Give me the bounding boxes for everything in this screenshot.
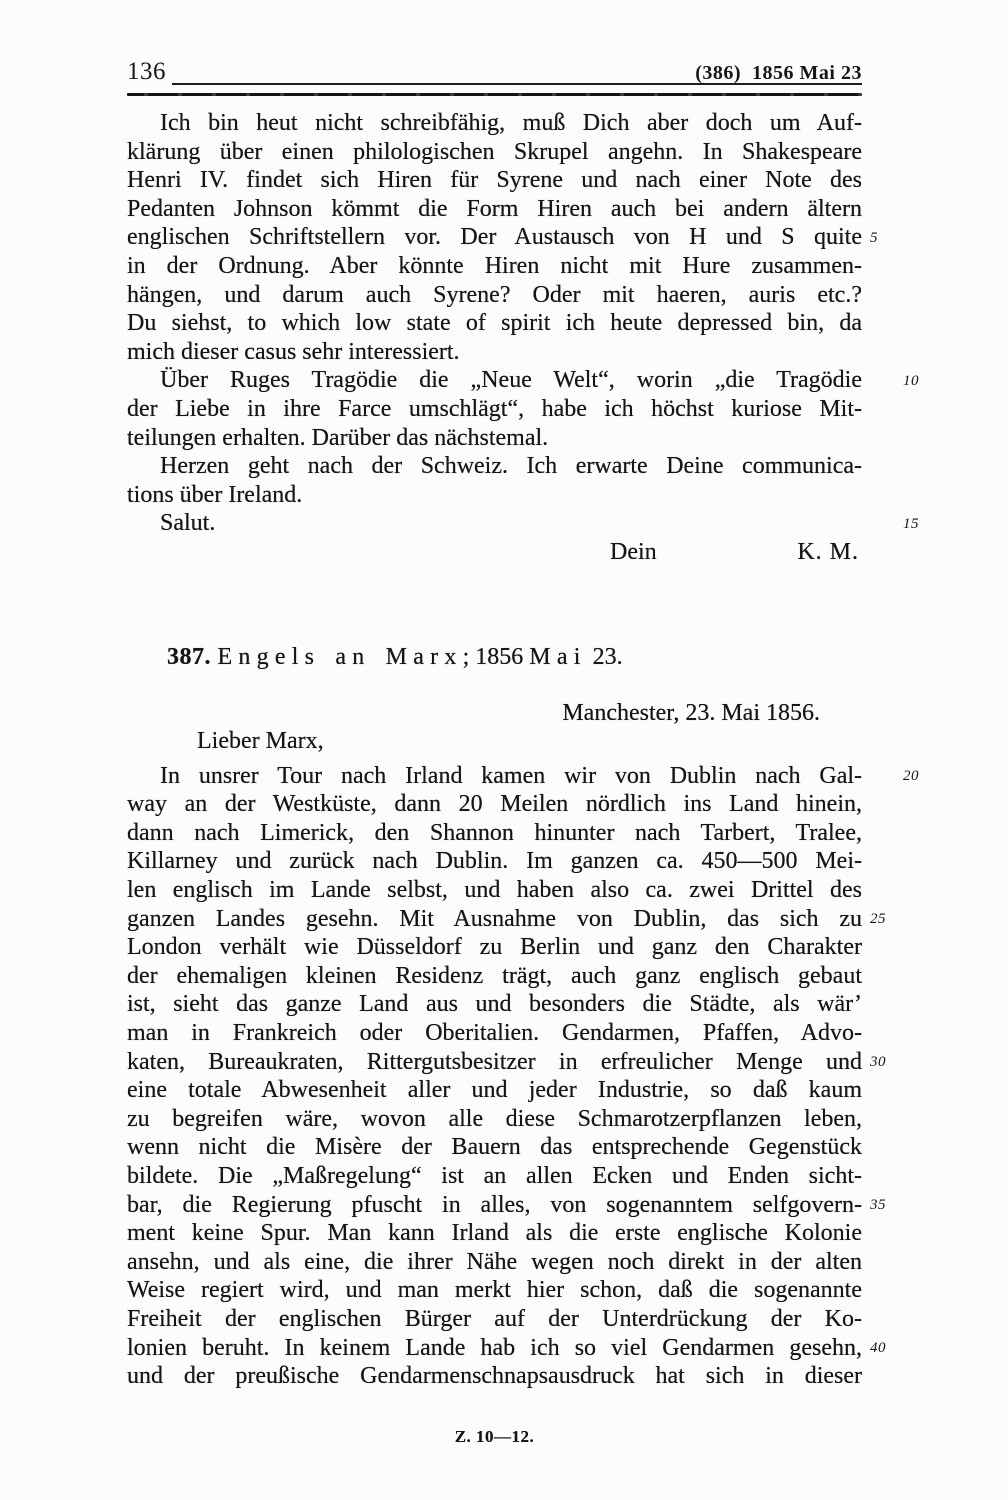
text-line-content: der ehemaligen kleinen Residenz trägt, a…: [127, 963, 862, 989]
text-line-content: bildete. Die „Maßregelung“ ist an allen …: [127, 1163, 862, 1189]
text-line-content: Killarney und zurück nach Dublin. Im gan…: [127, 848, 862, 874]
text-line-content: mich dieser casus sehr interessiert.: [127, 339, 460, 365]
text-line: Freiheit der englischen Bürger auf der U…: [127, 1305, 862, 1334]
apparatus-note: Z. 10—12.: [127, 1427, 862, 1447]
letter-386-body: Ich bin heut nicht schreibfähig, muß Dic…: [127, 109, 862, 567]
text-line: und der preußische Gendarmenschnapsausdr…: [127, 1362, 862, 1391]
letter-386-paragraph: Salut.15: [127, 509, 862, 538]
letter-387-paragraph: In unsrer Tour nach Irland kamen wir von…: [127, 762, 862, 1391]
text-line: Henri IV. findet sich Hiren für Syrene u…: [127, 166, 862, 195]
text-line: wenn nicht die Misère der Bauern das ent…: [127, 1133, 862, 1162]
text-line: zu begreifen wäre, wovon alle diese Schm…: [127, 1105, 862, 1134]
text-line: ment keine Spur. Man kann Irland als die…: [127, 1219, 862, 1248]
text-line-content: eine totale Abwesenheit aller und jeder …: [127, 1077, 862, 1103]
text-line: dann nach Limerick, den Shannon hinunter…: [127, 819, 862, 848]
text-line: Pedanten Johnson kömmt die Form Hiren au…: [127, 195, 862, 224]
margin-line-number: 40: [870, 1341, 886, 1356]
text-line: London verhält wie Düsseldorf zu Berlin …: [127, 933, 862, 962]
margin-line-number: 35: [870, 1198, 886, 1213]
heading-segment: Engels an Marx: [218, 644, 463, 670]
text-line-content: klärung über einen philologischen Skrupe…: [127, 139, 862, 165]
text-line: der Liebe in ihre Farce umschlägt“, habe…: [127, 395, 862, 424]
margin-line-number: 20: [870, 769, 919, 784]
text-line-content: man in Frankreich oder Oberitalien. Gend…: [127, 1020, 862, 1046]
text-line-content: ment keine Spur. Man kann Irland als die…: [127, 1220, 862, 1246]
text-line-content: In unsrer Tour nach Irland kamen wir von…: [160, 763, 862, 789]
text-line: Salut.15: [127, 509, 862, 538]
margin-line-number: 25: [870, 912, 886, 927]
text-line: katen, Bureaukraten, Rittergutsbesitzer …: [127, 1048, 862, 1077]
text-line-content: Pedanten Johnson kömmt die Form Hiren au…: [127, 196, 862, 222]
margin-line-number: 30: [870, 1055, 886, 1070]
text-line: klärung über einen philologischen Skrupe…: [127, 138, 862, 167]
text-line: lonien beruht. In keinem Lande hab ich s…: [127, 1334, 862, 1363]
text-line: englischen Schriftstellern vor. Der Aust…: [127, 223, 862, 252]
text-line: Du siehst, to which low state of spirit …: [127, 309, 862, 338]
signature-line: Dein K. M.: [127, 538, 862, 567]
text-line-content: in der Ordnung. Aber könnte Hiren nicht …: [127, 253, 862, 279]
text-line-content: wenn nicht die Misère der Bauern das ent…: [127, 1134, 862, 1160]
signature-initials: K. M.: [797, 538, 859, 567]
text-line: bar, die Regierung pfuscht in alles, von…: [127, 1191, 862, 1220]
running-head: 136 (386) 1856 Mai 23: [127, 58, 862, 88]
letter-386-paragraph: Herzen geht nach der Schweiz. Ich erwart…: [127, 452, 862, 509]
text-line: In unsrer Tour nach Irland kamen wir von…: [127, 762, 862, 791]
salutation: Lieber Marx,: [127, 727, 862, 756]
text-line: Weise regiert wird, und man merkt hier s…: [127, 1276, 862, 1305]
letter-387-heading: 387. Engels an Marx; 1856 Mai 23.: [127, 642, 862, 672]
text-line: ist, sieht das ganze Land aus und besond…: [127, 990, 862, 1019]
text-line: bildete. Die „Maßregelung“ ist an allen …: [127, 1162, 862, 1191]
text-line-content: teilungen erhalten. Darüber das nächstem…: [127, 425, 548, 451]
text-line: eine totale Abwesenheit aller und jeder …: [127, 1076, 862, 1105]
page-number: 136: [127, 58, 172, 86]
margin-line-number: 5: [870, 230, 878, 245]
margin-line-number: 15: [870, 516, 919, 531]
text-line-content: Salut.: [160, 510, 215, 536]
text-line: der ehemaligen kleinen Residenz trägt, a…: [127, 962, 862, 991]
letter-387-body: In unsrer Tour nach Irland kamen wir von…: [127, 762, 862, 1391]
text-line-content: Herzen geht nach der Schweiz. Ich erwart…: [160, 453, 862, 479]
text-block: 136 (386) 1856 Mai 23 Ich bin heut nicht…: [127, 0, 862, 1447]
margin-line-number: 10: [870, 373, 919, 388]
text-line-content: ist, sieht das ganze Land aus und besond…: [127, 991, 862, 1017]
text-line: man in Frankreich oder Oberitalien. Gend…: [127, 1019, 862, 1048]
text-line-content: Ich bin heut nicht schreibfähig, muß Dic…: [160, 110, 862, 136]
text-line-content: ganzen Landes gesehn. Mit Ausnahme von D…: [127, 906, 862, 932]
text-line-content: englischen Schriftstellern vor. Der Aust…: [127, 224, 862, 250]
text-line: teilungen erhalten. Darüber das nächstem…: [127, 424, 862, 453]
text-line-content: zu begreifen wäre, wovon alle diese Schm…: [127, 1106, 862, 1132]
heading-segment: 387.: [167, 644, 218, 670]
text-line-content: len englisch im Lande selbst, und haben …: [127, 877, 862, 903]
text-line-content: ansehn, und als eine, die ihrer Nähe weg…: [127, 1249, 862, 1275]
text-line: hängen, und darum auch Syrene? Oder mit …: [127, 281, 862, 310]
text-line: way an der Westküste, dann 20 Meilen nör…: [127, 790, 862, 819]
heading-segment: Mai: [529, 644, 586, 670]
text-line-content: katen, Bureaukraten, Rittergutsbesitzer …: [127, 1049, 862, 1075]
text-line: Über Ruges Tragödie die „Neue Welt“, wor…: [127, 366, 862, 395]
text-line-content: und der preußische Gendarmenschnapsausdr…: [127, 1363, 862, 1389]
text-line-content: lonien beruht. In keinem Lande hab ich s…: [127, 1335, 862, 1361]
text-line: len englisch im Lande selbst, und haben …: [127, 876, 862, 905]
header-rule: [127, 93, 862, 96]
text-line: mich dieser casus sehr interessiert.: [127, 338, 862, 367]
text-line: ansehn, und als eine, die ihrer Nähe weg…: [127, 1248, 862, 1277]
text-line-content: Über Ruges Tragödie die „Neue Welt“, wor…: [160, 367, 862, 393]
text-line: Killarney und zurück nach Dublin. Im gan…: [127, 847, 862, 876]
scanned-book-page: 136 (386) 1856 Mai 23 Ich bin heut nicht…: [0, 0, 1008, 1500]
text-line: Herzen geht nach der Schweiz. Ich erwart…: [127, 452, 862, 481]
heading-segment: 1856: [475, 644, 529, 670]
letter-386-paragraph: Über Ruges Tragödie die „Neue Welt“, wor…: [127, 366, 862, 452]
heading-segment: 23.: [587, 644, 623, 670]
text-line-content: Freiheit der englischen Bürger auf der U…: [127, 1306, 862, 1332]
running-title: (386) 1856 Mai 23: [695, 62, 862, 85]
letter-386-paragraph: Ich bin heut nicht schreibfähig, muß Dic…: [127, 109, 862, 366]
text-line: in der Ordnung. Aber könnte Hiren nicht …: [127, 252, 862, 281]
text-line-content: hängen, und darum auch Syrene? Oder mit …: [127, 282, 862, 308]
text-line-content: der Liebe in ihre Farce umschlägt“, habe…: [127, 396, 862, 422]
text-line: ganzen Landes gesehn. Mit Ausnahme von D…: [127, 905, 862, 934]
text-line-content: Du siehst, to which low state of spirit …: [127, 310, 862, 336]
text-line-content: bar, die Regierung pfuscht in alles, von…: [127, 1192, 862, 1218]
text-line-content: Weise regiert wird, und man merkt hier s…: [127, 1277, 862, 1303]
text-line: Ich bin heut nicht schreibfähig, muß Dic…: [127, 109, 862, 138]
dateline: Manchester, 23. Mai 1856.: [127, 699, 862, 728]
text-line-content: Henri IV. findet sich Hiren für Syrene u…: [127, 167, 862, 193]
text-line-content: London verhält wie Düsseldorf zu Berlin …: [127, 934, 862, 960]
signature-closing: Dein: [610, 538, 657, 567]
text-line-content: tions über Ireland.: [127, 482, 302, 508]
text-line-content: way an der Westküste, dann 20 Meilen nör…: [127, 791, 862, 817]
text-line: tions über Ireland.: [127, 481, 862, 510]
text-line-content: dann nach Limerick, den Shannon hinunter…: [127, 820, 862, 846]
heading-segment: ;: [463, 644, 476, 670]
